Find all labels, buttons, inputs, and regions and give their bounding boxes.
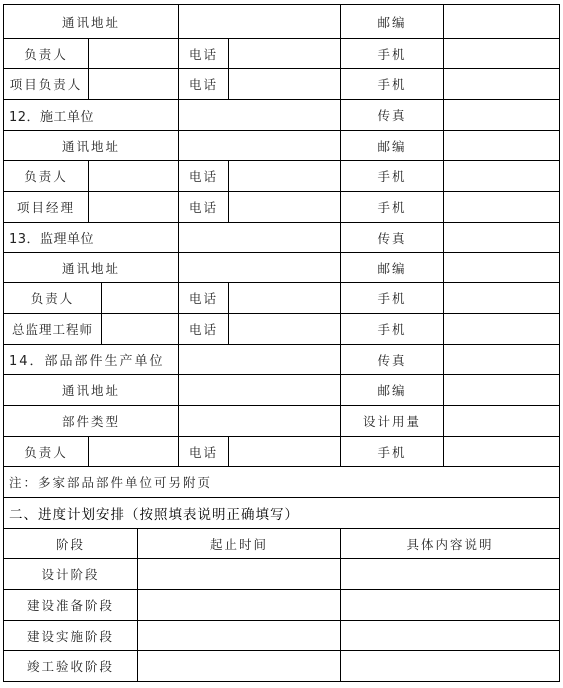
phone-field[interactable] (228, 191, 341, 223)
head-field[interactable] (88, 436, 179, 467)
address-label: 通讯地址 (3, 4, 179, 39)
mobile-label: 手机 (340, 38, 444, 69)
phone-label: 电话 (178, 68, 229, 100)
design-usage-label: 设计用量 (340, 405, 444, 437)
mobile-field[interactable] (443, 68, 560, 100)
project-manager-label: 项目经理 (3, 191, 89, 223)
phone-label: 电话 (178, 436, 229, 467)
fax-label: 传真 (340, 222, 444, 253)
mobile-label: 手机 (340, 313, 444, 345)
phone-label: 电话 (178, 38, 229, 69)
component-manufacturer-name-field[interactable] (178, 344, 341, 375)
phone-field[interactable] (228, 68, 341, 100)
phone-field[interactable] (228, 313, 341, 345)
postcode-label: 邮编 (340, 4, 444, 39)
project-manager-field[interactable] (88, 191, 179, 223)
note-text: 注：多家部品部件单位可另附页 (3, 466, 560, 498)
description-field[interactable] (340, 589, 560, 621)
design-usage-field[interactable] (443, 405, 560, 437)
postcode-label: 邮编 (340, 130, 444, 161)
stage-design-label: 设计阶段 (3, 558, 138, 590)
project-leader-field[interactable] (88, 68, 179, 100)
postcode-field[interactable] (443, 374, 560, 406)
head-field[interactable] (101, 282, 179, 314)
head-label: 负责人 (3, 38, 89, 69)
mobile-field[interactable] (443, 282, 560, 314)
phone-label: 电话 (178, 282, 229, 314)
component-manufacturer-title: 14．部品部件生产单位 (3, 344, 179, 375)
phone-label: 电话 (178, 160, 229, 192)
address-label: 通讯地址 (3, 374, 179, 406)
mobile-field[interactable] (443, 436, 560, 467)
description-field[interactable] (340, 558, 560, 590)
head-label: 负责人 (3, 160, 89, 192)
phone-label: 电话 (178, 191, 229, 223)
chief-supervisor-field[interactable] (101, 313, 179, 345)
phone-field[interactable] (228, 38, 341, 69)
head-field[interactable] (88, 160, 179, 192)
mobile-label: 手机 (340, 68, 444, 100)
address-field[interactable] (178, 374, 341, 406)
chief-supervisor-label: 总监理工程师 (3, 313, 102, 345)
postcode-label: 邮编 (340, 374, 444, 406)
column-header-stage: 阶段 (3, 528, 138, 559)
phone-label: 电话 (178, 313, 229, 345)
mobile-label: 手机 (340, 282, 444, 314)
component-type-field[interactable] (178, 405, 341, 437)
period-field[interactable] (137, 650, 341, 682)
mobile-field[interactable] (443, 38, 560, 69)
mobile-label: 手机 (340, 160, 444, 192)
column-header-description: 具体内容说明 (340, 528, 560, 559)
postcode-field[interactable] (443, 130, 560, 161)
fax-field[interactable] (443, 99, 560, 131)
head-field[interactable] (88, 38, 179, 69)
project-leader-label: 项目负责人 (3, 68, 89, 100)
schedule-section-title: 二、进度计划安排（按照填表说明正确填写） (3, 497, 560, 529)
mobile-field[interactable] (443, 191, 560, 223)
fax-label: 传真 (340, 99, 444, 131)
address-field[interactable] (178, 130, 341, 161)
postcode-label: 邮编 (340, 252, 444, 283)
phone-field[interactable] (228, 436, 341, 467)
mobile-field[interactable] (443, 160, 560, 192)
address-field[interactable] (178, 4, 341, 39)
postcode-field[interactable] (443, 4, 560, 39)
head-label: 负责人 (3, 282, 102, 314)
phone-field[interactable] (228, 282, 341, 314)
component-type-label: 部件类型 (3, 405, 179, 437)
description-field[interactable] (340, 650, 560, 682)
head-label: 负责人 (3, 436, 89, 467)
construction-unit-title: 12．施工单位 (3, 99, 179, 131)
stage-acceptance-label: 竣工验收阶段 (3, 650, 138, 682)
construction-unit-name-field[interactable] (178, 99, 341, 131)
address-label: 通讯地址 (3, 252, 179, 283)
phone-field[interactable] (228, 160, 341, 192)
supervision-unit-name-field[interactable] (178, 222, 341, 253)
fax-field[interactable] (443, 344, 560, 375)
address-label: 通讯地址 (3, 130, 179, 161)
stage-preparation-label: 建设准备阶段 (3, 589, 138, 621)
fax-label: 传真 (340, 344, 444, 375)
description-field[interactable] (340, 620, 560, 651)
postcode-field[interactable] (443, 252, 560, 283)
mobile-label: 手机 (340, 191, 444, 223)
period-field[interactable] (137, 589, 341, 621)
mobile-field[interactable] (443, 313, 560, 345)
period-field[interactable] (137, 620, 341, 651)
supervision-unit-title: 13．监理单位 (3, 222, 179, 253)
mobile-label: 手机 (340, 436, 444, 467)
column-header-period: 起止时间 (137, 528, 341, 559)
fax-field[interactable] (443, 222, 560, 253)
address-field[interactable] (178, 252, 341, 283)
stage-implementation-label: 建设实施阶段 (3, 620, 138, 651)
period-field[interactable] (137, 558, 341, 590)
